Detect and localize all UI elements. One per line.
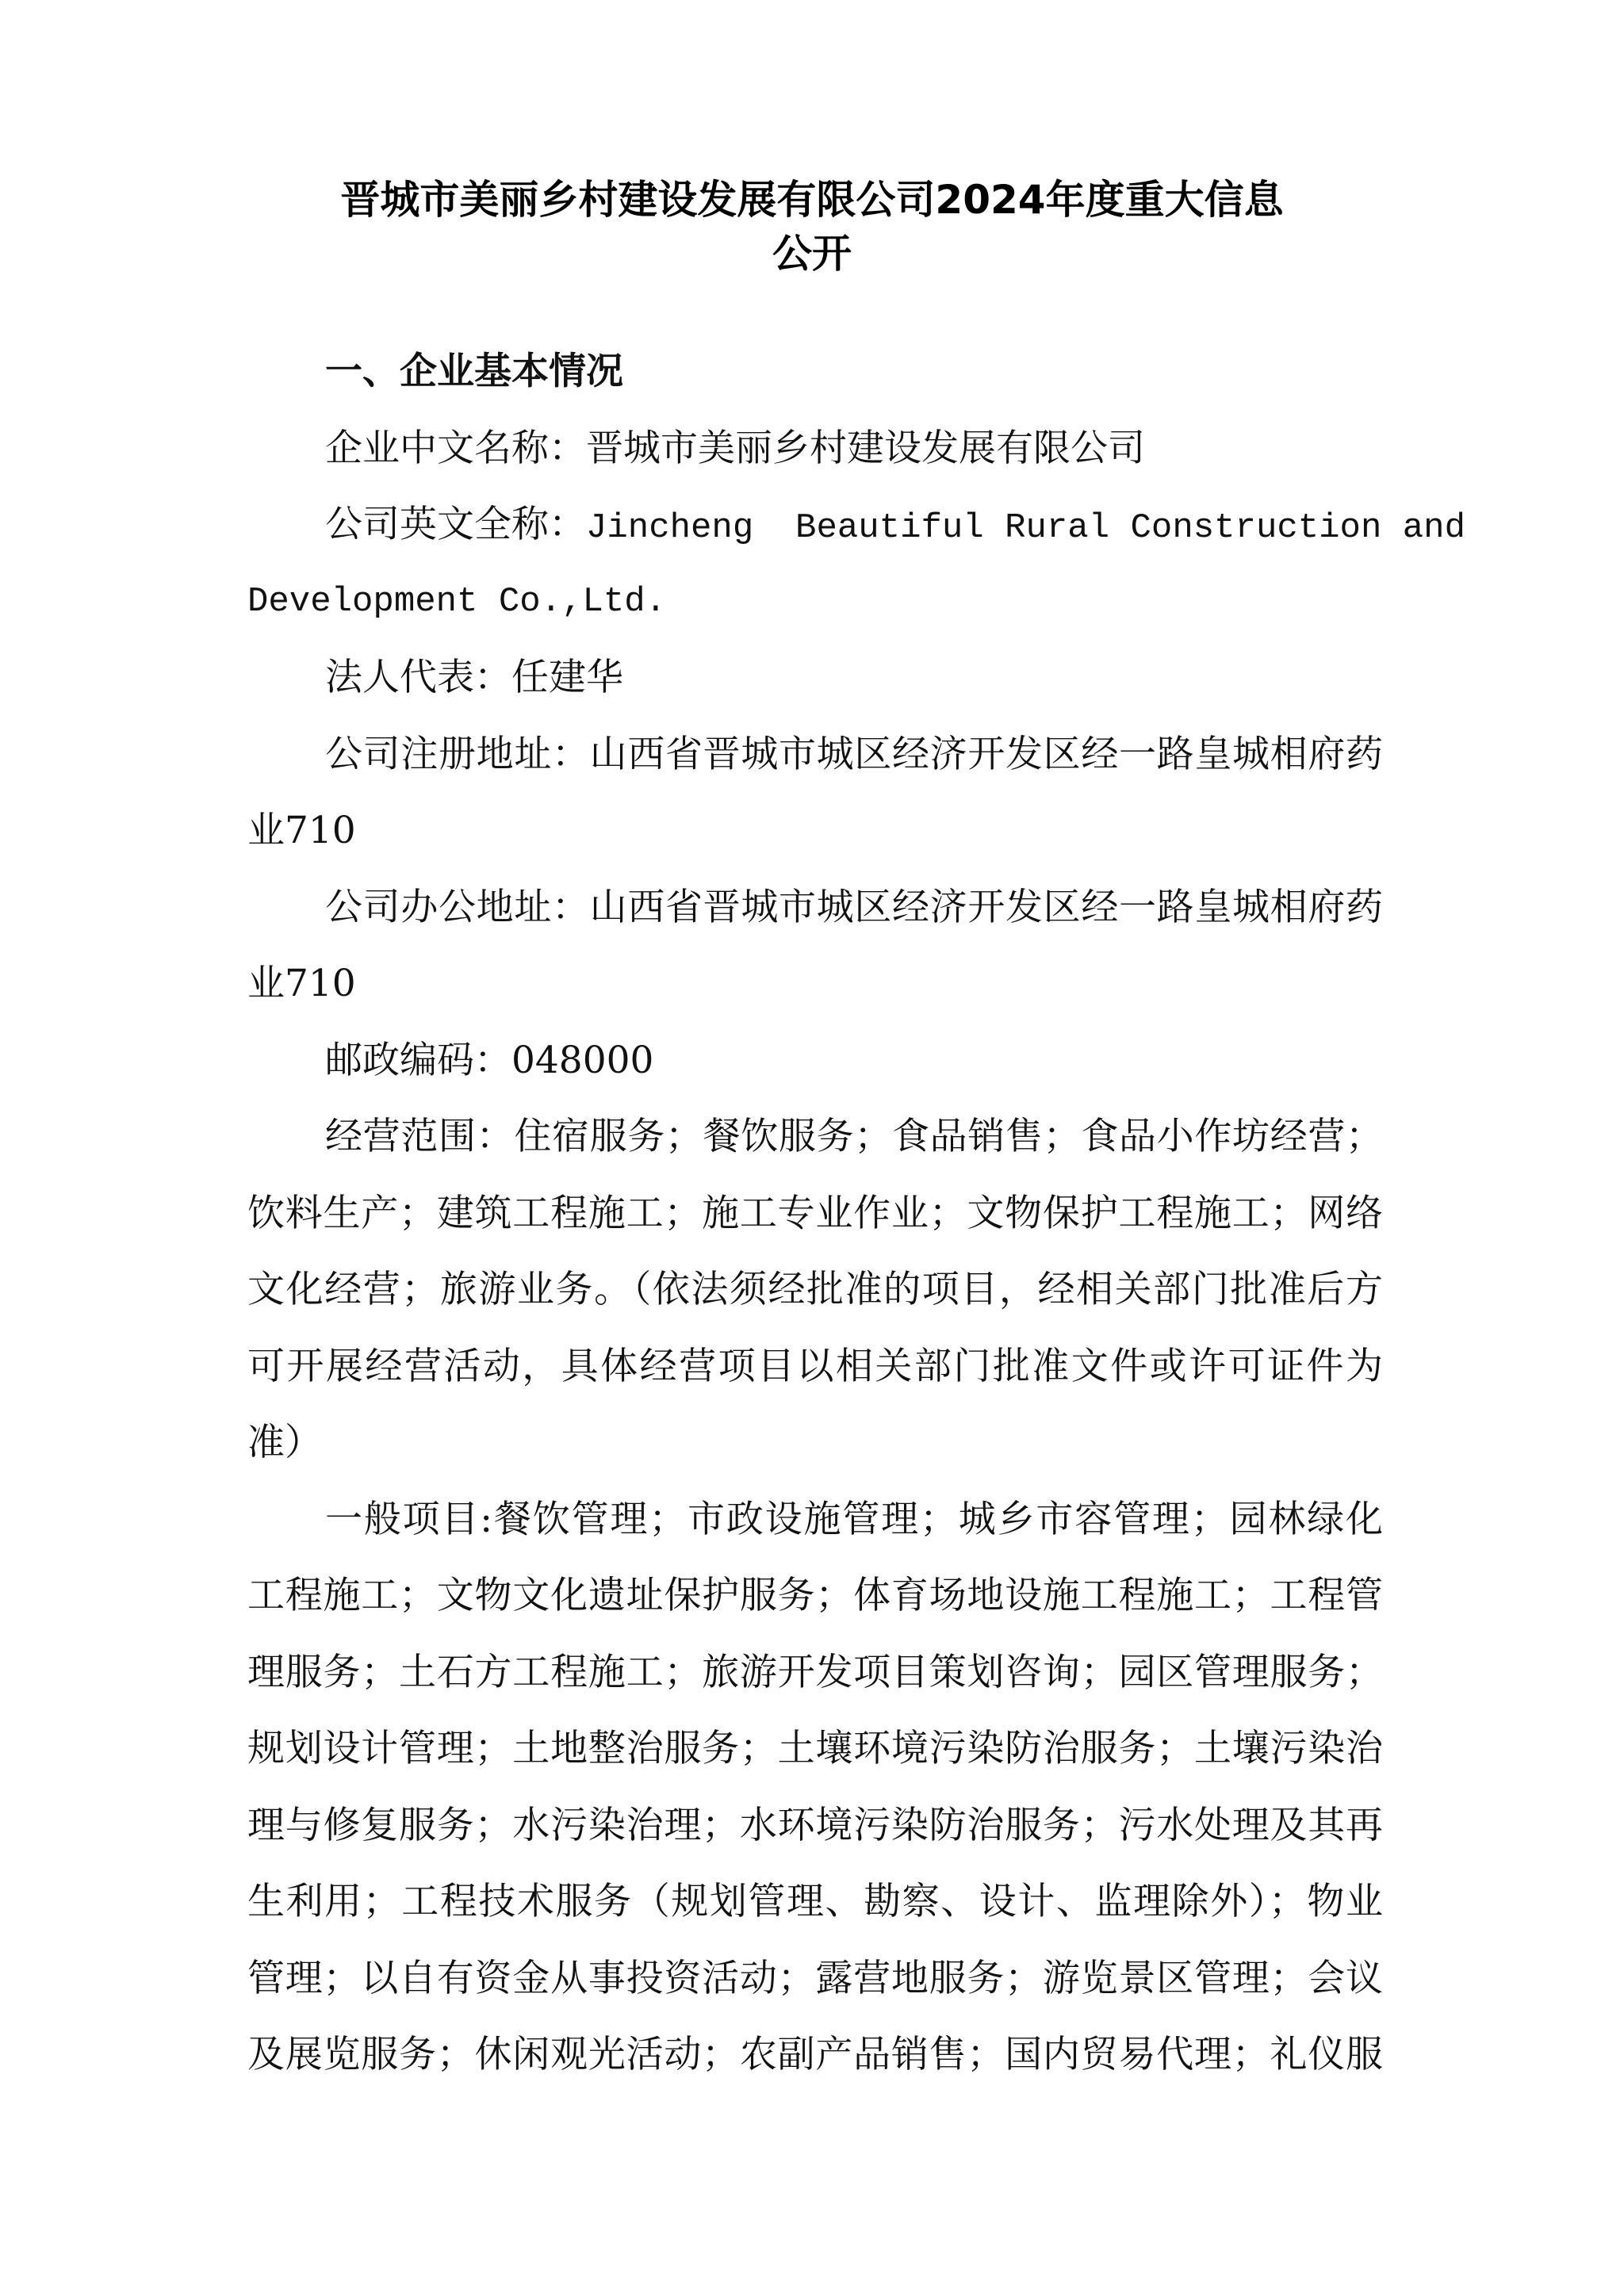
english-name-line-1: 公司英文全称：Jincheng Beautiful Rural Construc… <box>247 487 1383 564</box>
general-items-line: 规划设计管理；土地整治服务；土壤环境污染防治服务；土壤污染治 <box>247 1711 1383 1788</box>
title-line-1: 晋城市美丽乡村建设发展有限公司2024年度重大信息 <box>317 173 1307 227</box>
registered-address-line-1: 公司注册地址：山西省晋城市城区经济开发区经一路皇城相府药 <box>247 717 1383 794</box>
general-items-line: 一般项目:餐饮管理；市政设施管理；城乡市容管理；园林绿化 <box>247 1482 1383 1559</box>
office-address-line-2: 业710 <box>247 946 1383 1023</box>
business-scope-line: 文化经营；旅游业务。（依法须经批准的项目，经相关部门批准后方 <box>247 1252 1383 1329</box>
general-items-line: 工程施工；文物文化遗址保护服务；体育场地设施工程施工；工程管 <box>247 1558 1383 1635</box>
general-items: 一般项目:餐饮管理；市政设施管理；城乡市容管理；园林绿化 工程施工；文物文化遗址… <box>247 1482 1383 2094</box>
document-title: 晋城市美丽乡村建设发展有限公司2024年度重大信息 公开 <box>317 173 1307 281</box>
business-scope-line: 可开展经营活动，具体经营项目以相关部门批准文件或许可证件为 <box>247 1329 1383 1406</box>
general-items-line: 生利用；工程技术服务（规划管理、勘察、设计、监理除外）；物业 <box>247 1864 1383 1941</box>
english-name-label: 公司英文全称： <box>325 503 586 546</box>
general-items-line: 及展览服务；休闲观光活动；农副产品销售；国内贸易代理；礼仪服 <box>247 2017 1383 2094</box>
english-name-line-2: Development Co.,Ltd. <box>247 564 1383 641</box>
postal-code: 邮政编码：048000 <box>247 1023 1383 1100</box>
business-scope-line: 准） <box>247 1405 1383 1482</box>
title-line-2: 公开 <box>317 227 1307 281</box>
chinese-name: 企业中文名称：晋城市美丽乡村建设发展有限公司 <box>247 411 1383 488</box>
section-heading: 一、企业基本情况 <box>247 334 1383 411</box>
legal-representative: 法人代表：任建华 <box>247 640 1383 717</box>
english-name-value: Jincheng Beautiful Rural Construction an… <box>586 508 1465 548</box>
business-scope: 经营范围：住宿服务；餐饮服务；食品销售；食品小作坊经营； 饮料生产；建筑工程施工… <box>247 1099 1383 1482</box>
general-items-line: 理服务；土石方工程施工；旅游开发项目策划咨询；园区管理服务； <box>247 1635 1383 1712</box>
document-body: 一、企业基本情况 企业中文名称：晋城市美丽乡村建设发展有限公司 公司英文全称：J… <box>247 334 1383 2094</box>
office-address-line-1: 公司办公地址：山西省晋城市城区经济开发区经一路皇城相府药 <box>247 870 1383 947</box>
business-scope-line: 饮料生产；建筑工程施工；施工专业作业；文物保护工程施工；网络 <box>247 1176 1383 1253</box>
registered-address-line-2: 业710 <box>247 793 1383 870</box>
business-scope-line: 经营范围：住宿服务；餐饮服务；食品销售；食品小作坊经营； <box>247 1099 1383 1176</box>
document-page: 晋城市美丽乡村建设发展有限公司2024年度重大信息 公开 一、企业基本情况 企业… <box>0 0 1624 2296</box>
general-items-line: 管理；以自有资金从事投资活动；露营地服务；游览景区管理；会议 <box>247 1941 1383 2018</box>
general-items-line: 理与修复服务；水污染治理；水环境污染防治服务；污水处理及其再 <box>247 1788 1383 1865</box>
